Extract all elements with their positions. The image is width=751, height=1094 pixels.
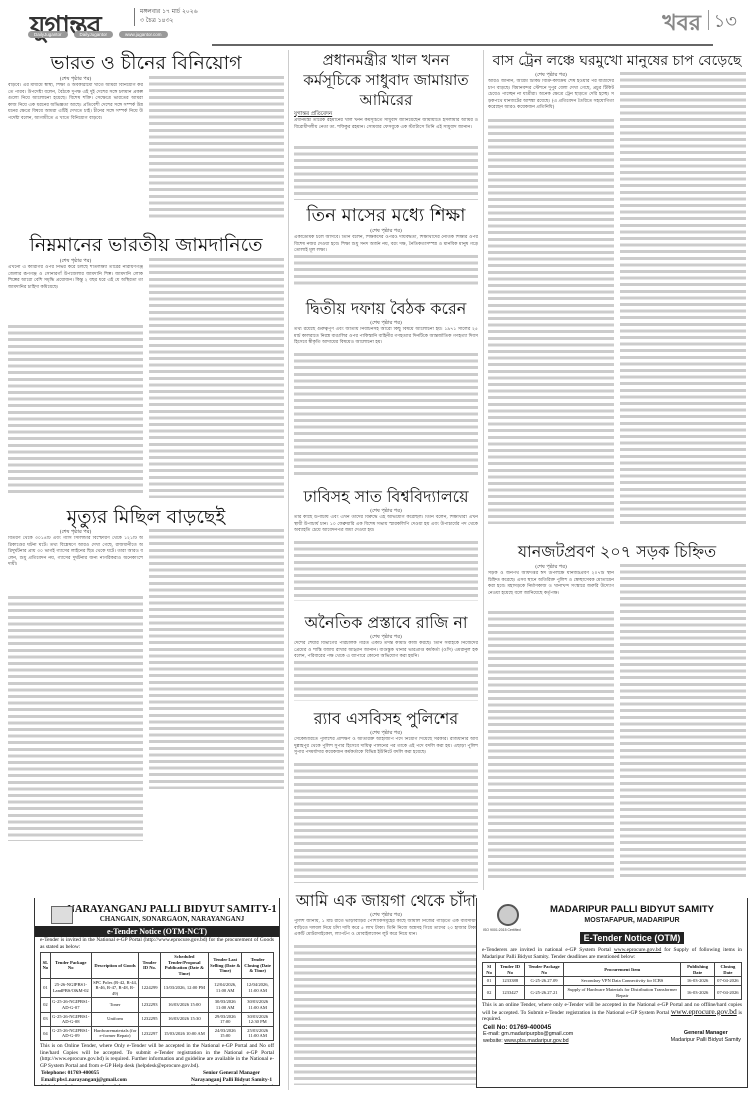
story-rab-police[interactable]: র‌্যাব এসবিসহ পুলিশের (শেষ পৃষ্ঠার পর) স… (294, 708, 478, 888)
headline: ভারত ও চীনের বিনিয়োগ (8, 50, 284, 76)
ad-narayanganj-tender: NARAYANGANJ PALLI BIDYUT SAMITY-1 CHANGA… (34, 898, 280, 1086)
article-body-continued (149, 258, 284, 498)
article-body-continued (294, 353, 478, 478)
email: E-mail: gm.madaripurpbs@gmail.com (483, 1031, 573, 1038)
tender-table: Sl No Tender ID No Tender Package No Pro… (482, 962, 742, 1000)
pbs-logo (497, 904, 519, 926)
continued-label: (শেষ পৃষ্ঠার পর) (294, 634, 478, 641)
website: Website: pbs1.narayanganj.gov.bd (41, 1084, 127, 1086)
column-header: Description of Goods (91, 953, 139, 978)
story-extortion[interactable]: আমি এক জায়গা থেকে চাঁদা (শেষ পৃষ্ঠার পর… (294, 890, 478, 1090)
continued-label: (শেষ পৃষ্ঠার পর) (8, 76, 143, 83)
email: Email:pbs1.narayanganj@gmail.com (41, 1077, 127, 1084)
ad-banner: e-Tender Notice (OTM-NCT) (35, 926, 279, 937)
divider (708, 10, 709, 30)
ad-note: This is an online Tender, where only e-T… (477, 1002, 747, 1023)
article-body-continued (620, 564, 746, 879)
page-number: ১৩ (714, 7, 737, 38)
social-links: DailyJugantor DailyJugantor www.jugantor… (28, 31, 168, 38)
column-header: Closing Date (714, 963, 741, 977)
header-rule (212, 44, 713, 46)
article-body-continued (294, 661, 478, 701)
article-body: তথ্য রয়েছে গুরুত্বপূর্ণ এবং জাতীয় নির্… (294, 327, 478, 353)
issue-date: মঙ্গলবার ১৭ মার্চ ২০২৬ ৩ চৈত্র ১৪৩২ (140, 7, 198, 25)
article-body-continued (294, 945, 478, 1085)
article-body-continued (488, 611, 614, 881)
story-education[interactable]: তিন মাসের মধ্যে শিক্ষা (শেষ পৃষ্ঠার পর) … (294, 204, 478, 294)
pbs-logo (51, 906, 73, 924)
article-body-continued (294, 763, 478, 883)
article-body-continued (294, 146, 478, 200)
headline: অনৈতিক প্রস্তাবে রাজি না (294, 612, 478, 634)
byline: যুগান্তর প্রতিবেদন (294, 110, 478, 118)
headline: বাস ট্রেন লঞ্চে ঘরমুখো মানুষের চাপ বেড়ে… (488, 50, 746, 72)
telephone: Telephone: 01769-400055 (41, 1070, 127, 1077)
story-gas-deaths[interactable]: মৃত্যুর মিছিল বাড়ছেই (শেষ পৃষ্ঠার পর) ব… (8, 505, 284, 850)
eprocure-link[interactable]: www.eprocure.gov.bd (614, 947, 661, 953)
cell-number: Cell No: 01769-400045 (483, 1024, 573, 1031)
article-body-continued (8, 596, 143, 841)
article-body-continued (149, 76, 284, 221)
continued-label: (শেষ পৃষ্ঠার পর) (294, 912, 478, 919)
article-body: সড়ক ও জনপথ অধিদপ্তর ঈদ উপলক্ষে যানজটপ্র… (488, 571, 614, 611)
table-row: 01 1233388 G-25-26.27.09 Secondary VPN D… (483, 977, 742, 986)
section-title: খবর (662, 6, 701, 43)
article-body-continued (294, 255, 478, 287)
continued-label: (শেষ পৃষ্ঠার পর) (294, 730, 478, 737)
article-body: সেকেন্ডারিতে পুলিশের প্রশিক্ষণ ও অতিরিক্… (294, 737, 478, 763)
article-body: এখনো এ কারিগির ওপর নির্ভর করে চলছে শীতলক… (8, 265, 143, 325)
table-header-row: SL No Tender Package No Description of G… (41, 953, 274, 978)
story-immoral-proposal[interactable]: অনৈতিক প্রস্তাবে রাজি না (শেষ পৃষ্ঠার পর… (294, 612, 478, 702)
headline: দ্বিতীয় দফায় বৈঠক করেন (294, 298, 478, 320)
signatory-address: Changain, Sonargaon, Narayanganj (190, 1084, 273, 1086)
signatory-title: Senior General Manager (190, 1070, 273, 1077)
continued-label: (শেষ পৃষ্ঠার পর) (294, 320, 478, 327)
website: website: www.pbs.madaripur.gov.bd (483, 1038, 573, 1045)
table-row: 02 G-25-26-NGIPBS1-AD-G-07 Toner 1232293… (41, 998, 274, 1012)
column-header: Tender Package No (50, 953, 91, 978)
column-header: Tender Last Selling (Date & Time) (209, 953, 242, 978)
signatory-title: General Manager (671, 1030, 741, 1037)
article-body: পুলিশ জানায়, ১ মার্চ রাতে ভাড়াবাড়ির প… (294, 919, 478, 945)
article-body-continued (149, 529, 284, 789)
column-header: SL No (41, 953, 51, 978)
column-divider (288, 50, 289, 1090)
divider (134, 8, 135, 26)
ad-footer: Cell No: 01769-400045 E-mail: gm.madarip… (477, 1023, 747, 1046)
article-body: আরও জানান, অগ্রিম টিকিট বিক্রি-কার্যক্রম… (488, 79, 614, 119)
story-second-meeting[interactable]: দ্বিতীয় দফায় বৈঠক করেন (শেষ পৃষ্ঠার পর… (294, 298, 478, 483)
ad-footer: Telephone: 01769-400055 Email:pbs1.naray… (35, 1069, 279, 1086)
iso-certification: ISO 9001:2015 Certified (483, 928, 521, 932)
column-divider (483, 50, 484, 890)
table-row: 01 25-26-NGIPBS1-LandPBS/O&M-02 SPC Pole… (41, 978, 274, 998)
headline: তিন মাসের মধ্যে শিক্ষা (294, 204, 478, 228)
gregorian-date: মঙ্গলবার ১৭ মার্চ ২০২৬ (140, 7, 198, 16)
continued-label: (শেষ পৃষ্ঠার পর) (8, 529, 143, 536)
story-bus-train[interactable]: বাস ট্রেন লঞ্চে ঘরমুখো মানুষের চাপ বেড়ে… (488, 50, 746, 535)
continued-label: (শেষ পৃষ্ঠার পর) (488, 564, 614, 571)
newspaper-logo: যুগান্তর (30, 6, 101, 51)
headline: ঢাবিসহ সাত বিশ্ববিদ্যালয়ে (294, 486, 478, 508)
column-header: Tender ID No. (139, 953, 160, 978)
table-row: 02 1233427 G-25-26.27.21 Supply of Hardw… (483, 985, 742, 999)
article-body-continued (488, 119, 614, 524)
headline: নিম্নমানের ভারতীয় জামদানিতে (8, 232, 284, 258)
table-header-row: Sl No Tender ID No Tender Package No Pro… (483, 963, 742, 977)
column-header: Sl No (483, 963, 496, 977)
article-body-continued (8, 325, 143, 495)
twitter-handle[interactable]: DailyJugantor (28, 31, 68, 38)
story-india-china[interactable]: ভারত ও চীনের বিনিয়োগ (শেষ পৃষ্ঠার পর) ব… (8, 50, 284, 225)
story-traffic-roads[interactable]: যানজটপ্রবণ ২০৭ সড়ক চিহ্নিত (শেষ পৃষ্ঠার… (488, 540, 746, 890)
website-link[interactable]: www.pbs.madaripur.gov.bd (504, 1038, 568, 1044)
facebook-handle[interactable]: DailyJugantor (74, 31, 114, 38)
eprocure-link[interactable]: www.eprocure.gov.bd (671, 1007, 737, 1016)
ad-banner: E-Tender Notice (OTM) (580, 932, 685, 944)
headline: আমি এক জায়গা থেকে চাঁদা (294, 890, 478, 912)
signatory-org: Madaripur Palli Bidyut Samity (671, 1037, 741, 1044)
article-body-continued (620, 72, 746, 527)
article-body: একাডেমিক চলে আসবে। তিনি বলেন, শিক্ষকদের … (294, 235, 478, 255)
signatory-org: Narayanganj Palli Bidyut Samity-1 (190, 1077, 273, 1084)
ad-intro: e-Tender is invited in the National e-GP… (35, 937, 279, 950)
column-header: Tender Closing (Date & Time) (242, 953, 274, 978)
story-jamdani[interactable]: নিম্নমানের ভারতীয় জামদানিতে (শেষ পৃষ্ঠা… (8, 232, 284, 502)
ad-intro: e-Tenderers are invited in national e-GP… (477, 947, 747, 960)
article-body-continued (294, 541, 478, 601)
table-row: 03 G-25-26-NGIPBS1-AD-G-08 Uniform 12322… (41, 1012, 274, 1026)
column-header: Tender ID No (496, 963, 525, 977)
continued-label: (শেষ পৃষ্ঠার পর) (8, 258, 143, 265)
story-canal-digging[interactable]: প্রধানমন্ত্রীর খাল খনন কর্মসূচিকে সাধুবা… (294, 50, 478, 200)
headline: প্রধানমন্ত্রীর খাল খনন কর্মসূচিকে সাধুবা… (294, 50, 478, 110)
headline: যানজটপ্রবণ ২০৭ সড়ক চিহ্নিত (488, 540, 746, 564)
headline: র‌্যাব এসবিসহ পুলিশের (294, 708, 478, 730)
table-row: 04 G-25-26-NGIPBS1-AD-G-09 Hardwaremater… (41, 1026, 274, 1040)
article-body: বিতরণ থেকে ৩০১৪টি এবং গ্যাস সিলিন্ডার বি… (8, 536, 143, 596)
continued-label: (শেষ পৃষ্ঠার পর) (294, 508, 478, 515)
ad-note: This is on Online Tender, where Only e-T… (35, 1043, 279, 1069)
story-universities[interactable]: ঢাবিসহ সাত বিশ্ববিদ্যালয়ে (শেষ পৃষ্ঠার … (294, 486, 478, 606)
continued-label: (শেষ পৃষ্ঠার পর) (488, 72, 614, 79)
article-body: দেশের শেয়ার বিভাগের পরিচালক গঠিত একটি ত… (294, 641, 478, 661)
bengali-date: ৩ চৈত্র ১৪৩২ (140, 16, 198, 25)
article-body: তার কাছে উপাচার্য এবং এখন তাদের বিরুদ্ধে… (294, 515, 478, 541)
column-header: Scheduled Tender/Proposal Publication (D… (160, 953, 209, 978)
continued-label: (শেষ পৃষ্ঠার পর) (294, 228, 478, 235)
masthead: যুগান্তর মঙ্গলবার ১৭ মার্চ ২০২৬ ৩ চৈত্র … (0, 0, 751, 46)
column-header: Tender Package No (525, 963, 564, 977)
column-header: Procurement Item (564, 963, 681, 977)
article-body: প্রধানমন্ত্রী তারেক রহমানের খাল খনন কর্ম… (294, 118, 478, 146)
headline: মৃত্যুর মিছিল বাড়ছেই (8, 505, 284, 529)
ad-madaripur-tender: ISO 9001:2015 Certified MADARIPUR PALLI … (476, 898, 748, 1088)
website-link[interactable]: www.jugantor.com (119, 31, 168, 38)
article-body: বাড়বে। এর মাধ্যমে স্বাস্থ্য, শিক্ষা ও অ… (8, 83, 143, 218)
tender-table: SL No Tender Package No Description of G… (40, 952, 274, 1041)
column-header: Publishing Date (681, 963, 714, 977)
